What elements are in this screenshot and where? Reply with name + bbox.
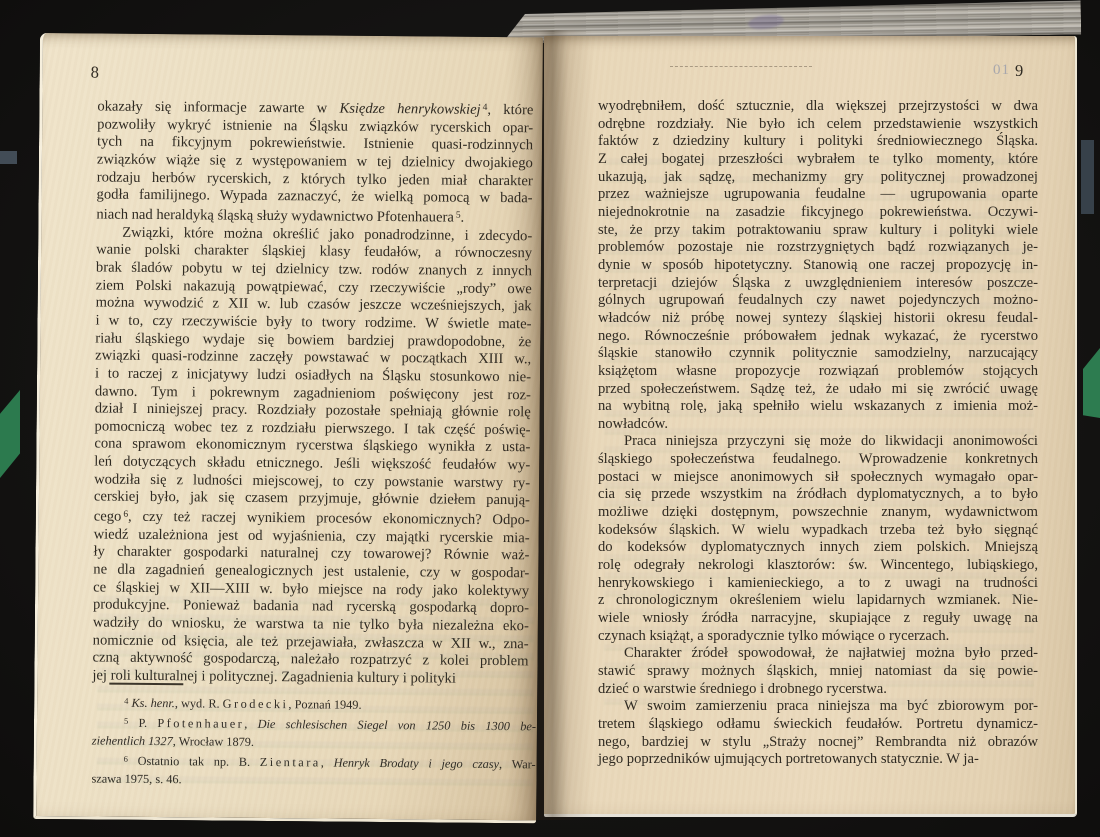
left-page: 8 okazały się informacje zawarte w Księd… bbox=[33, 33, 543, 823]
text-line: ukazują, jak sądzę, mechanizmy gry polit… bbox=[598, 169, 1038, 187]
text-line: gólnych ugrupowań feudalnych czy nawet p… bbox=[598, 292, 1038, 310]
text-line: kodeksów śląskich. W wielu wypadkach trz… bbox=[598, 522, 1038, 540]
text-line: Charakter źródeł spowodował, że najłatwi… bbox=[598, 645, 1038, 663]
text-line: nego, bardziej w stylu „Straży nocnej” R… bbox=[598, 734, 1038, 752]
text-line: Z całej bogatej przeszłości wybrałem te … bbox=[598, 151, 1038, 169]
right-page-body-text: wyodrębniłem, dość sztucznie, dla większ… bbox=[598, 98, 1038, 769]
text-line: nowładców. bbox=[598, 416, 1038, 434]
text-line: odrębne rozdziały. Nie było ich celem pr… bbox=[598, 116, 1038, 134]
dashed-line-artifact bbox=[670, 66, 812, 67]
text-line: rolę odegrały nekrologi klasztorów: św. … bbox=[598, 557, 1038, 575]
left-page-footnotes: 4 Ks. henr., wyd. R. Grodecki, Poznań 19… bbox=[91, 691, 536, 791]
right-page: 01 9 wyodrębniłem, dość sztucznie, dla w… bbox=[544, 36, 1077, 817]
text-line: stawić sprawy możnych śląskich, mniej na… bbox=[598, 663, 1038, 681]
text-line: z chronologicznym określeniem wielu lapi… bbox=[598, 592, 1038, 610]
slate-band-right-decoration bbox=[1081, 140, 1094, 214]
text-line: czynach książąt, a sporadycznie tylko mó… bbox=[598, 628, 1038, 646]
text-line: ste, że przy takim potraktowaniu spraw k… bbox=[598, 222, 1038, 240]
text-line: na wybitną rolę, jaką spełniło wielu wsk… bbox=[598, 398, 1038, 416]
text-line: postaci w miejsce anonimowych sił społec… bbox=[598, 469, 1038, 487]
left-page-body-text: okazały się informacje zawarte w Księdze… bbox=[92, 97, 533, 689]
text-line: W swoim zamierzeniu praca niniejsza ma b… bbox=[598, 698, 1038, 716]
text-line: wiele wniosły źródła narracyjne, skupiaj… bbox=[598, 610, 1038, 628]
text-line: przez ważniejsze ugrupowania feudalne — … bbox=[598, 186, 1038, 204]
green-bookmark-left bbox=[0, 390, 20, 478]
text-line: terpretacji dziejów Śląska z uwzględnien… bbox=[598, 275, 1038, 293]
text-line: faktów z dziedziny kultury i polityki śr… bbox=[598, 133, 1038, 151]
text-line: Praca niniejsza przyczyni się może do li… bbox=[598, 433, 1038, 451]
text-line: śląskiego społeczeństwa feudalnego. Wpro… bbox=[598, 451, 1038, 469]
text-line: do kodeksów dyplomatycznych innych ziem … bbox=[598, 539, 1038, 557]
text-line: możliwe dzięki dostępnym, powszechnie zn… bbox=[598, 504, 1038, 522]
text-line: książętom własne propozycje rozwiązań pr… bbox=[598, 363, 1038, 381]
text-line: niejednokrotnie na zasadzie fikcyjnego p… bbox=[598, 204, 1038, 222]
text-line: cia się przede wszystkim na źródłach dyp… bbox=[598, 486, 1038, 504]
text-line: śląskie stanowiło czynnik politycznie sa… bbox=[598, 345, 1038, 363]
text-line: wyodrębniłem, dość sztucznie, dla większ… bbox=[598, 98, 1038, 116]
slate-band-left-decoration bbox=[0, 151, 17, 164]
text-line: nego. Równocześnie próbowałem jednak wyk… bbox=[598, 328, 1038, 346]
page-number-left: 8 bbox=[91, 62, 100, 82]
page-number-right: 9 bbox=[1015, 61, 1024, 81]
book-scan-spread: 8 okazały się informacje zawarte w Księd… bbox=[0, 0, 1100, 837]
text-line: dzieć o warstwie średniego i drobnego ry… bbox=[598, 681, 1038, 699]
text-line: dynie w sposób hipotetyczny. Stanowią on… bbox=[598, 257, 1038, 275]
text-line: władców niż próbę nowej syntezy śląskiej… bbox=[598, 310, 1038, 328]
text-line: henrykowskiego i kamienieckiego, a to z … bbox=[598, 575, 1038, 593]
text-line: przed społeczeństwem. Sądzę też, że udał… bbox=[598, 381, 1038, 399]
green-bookmark-right bbox=[1083, 348, 1100, 418]
text-line: tretem śląskiego odłamu świeckich feudał… bbox=[598, 716, 1038, 734]
text-line: problemów pozostaje nie rozstrzygniętych… bbox=[598, 239, 1038, 257]
text-line: jego poprzedników ujmujących portretowan… bbox=[598, 751, 1038, 769]
bleedthrough-page-number: 01 bbox=[993, 62, 1010, 79]
